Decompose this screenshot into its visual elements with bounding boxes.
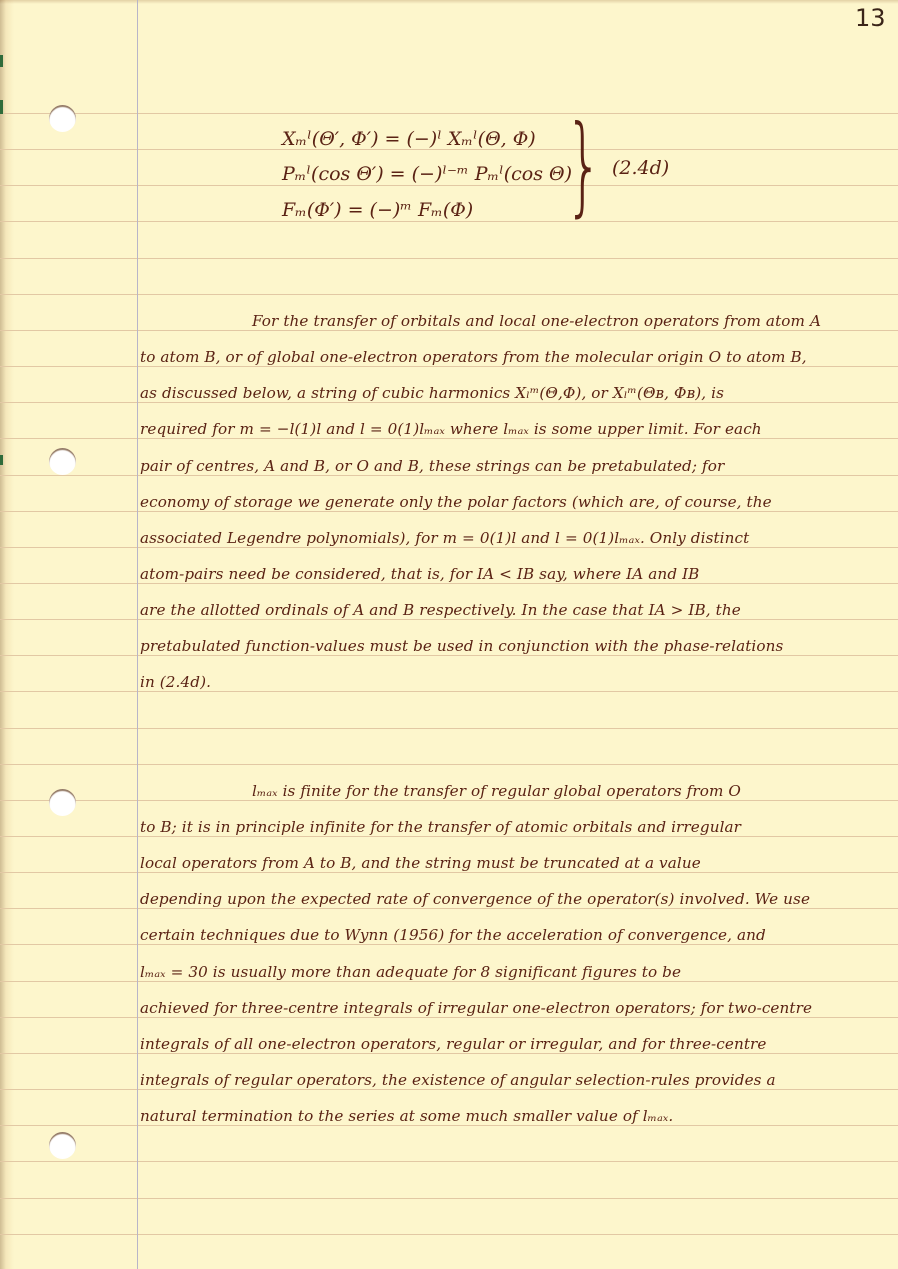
punch-hole [49,105,76,132]
text-line: as discussed below, a string of cubic ha… [140,383,898,403]
text-line: natural termination to the series at som… [140,1106,898,1126]
page-number: 13 [855,4,886,32]
ruled-line [0,185,898,186]
ruled-line [0,764,898,765]
punch-hole [49,448,76,475]
ruled-line [0,1234,898,1235]
text-line: required for m = −l(1)l and l = 0(1)lₘₐₓ… [140,419,898,439]
edge-mark [0,455,3,465]
notebook-page: 13 Xₘˡ(Θ′, Φ′) = (−)ˡ Xₘˡ(Θ, Φ) Pₘˡ(cos … [0,0,898,1269]
text-line: integrals of all one-electron operators,… [140,1034,898,1054]
text-line: depending upon the expected rate of conv… [140,889,898,909]
ruled-line [0,294,898,295]
text-line: lₘₐₓ is finite for the transfer of regul… [252,781,898,801]
ruled-line [0,258,898,259]
edge-mark [0,55,3,67]
text-line: pair of centres, A and B, or O and B, th… [140,456,898,476]
right-brace-icon: } [565,112,603,220]
text-line: associated Legendre polynomials), for m … [140,528,898,548]
text-line: in (2.4d). [140,672,898,692]
ruled-line [0,1161,898,1162]
text-line: atom-pairs need be considered, that is, … [140,564,898,584]
punch-hole [49,789,76,816]
margin-line [137,0,138,1269]
ruled-line [0,113,898,114]
punch-hole [49,1132,76,1159]
text-line: local operators from A to B, and the str… [140,853,898,873]
ruled-line [0,728,898,729]
text-line: integrals of regular operators, the exis… [140,1070,898,1090]
text-line: achieved for three-centre integrals of i… [140,998,898,1018]
ruled-line [0,1198,898,1199]
equation-line: Fₘ(Φ′) = (−)ᵐ Fₘ(Φ) [282,199,473,221]
text-line: are the allotted ordinals of A and B res… [140,600,898,620]
text-line: For the transfer of orbitals and local o… [252,311,898,331]
edge-mark [0,100,3,114]
text-line: to atom B, or of global one-electron ope… [140,347,898,367]
text-line: economy of storage we generate only the … [140,492,898,512]
ruled-line [0,221,898,222]
text-line: certain techniques due to Wynn (1956) fo… [140,925,898,945]
equation-number: (2.4d) [612,157,669,179]
equation-line: Xₘˡ(Θ′, Φ′) = (−)ˡ Xₘˡ(Θ, Φ) [282,128,536,150]
text-line: pretabulated function-values must be use… [140,636,898,656]
text-line: lₘₐₓ = 30 is usually more than adequate … [140,962,898,982]
text-line: to B; it is in principle infinite for th… [140,817,898,837]
equation-line: Pₘˡ(cos Θ′) = (−)ˡ⁻ᵐ Pₘˡ(cos Θ) [282,163,572,185]
